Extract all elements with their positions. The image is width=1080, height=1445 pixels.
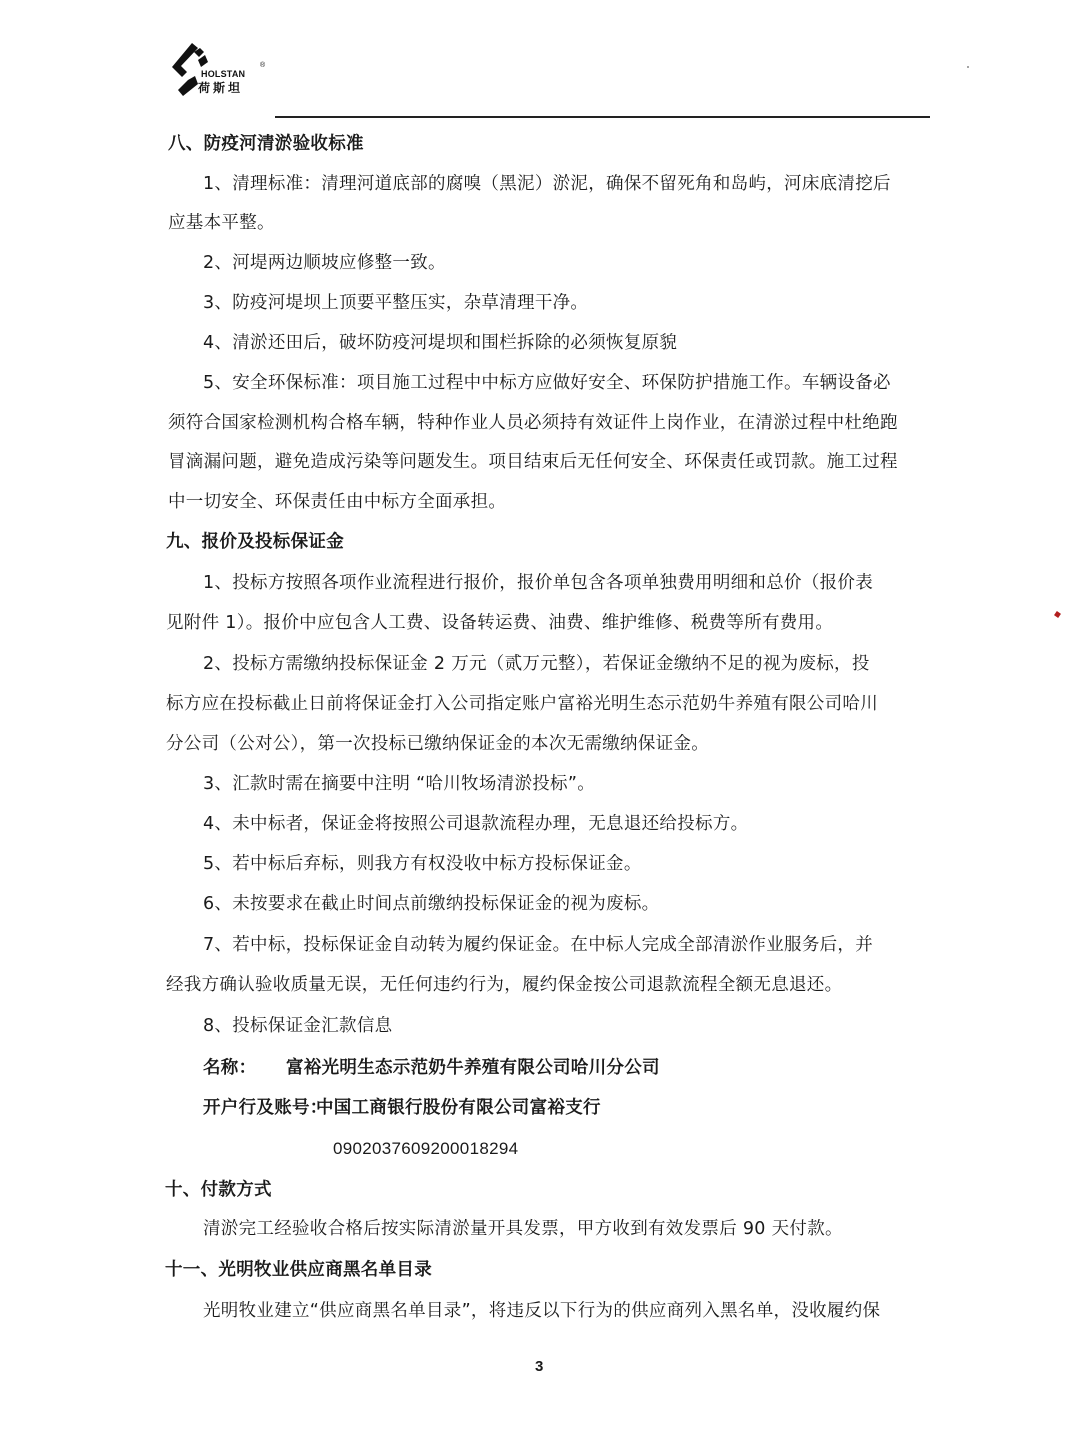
scan-speck <box>967 66 969 68</box>
paragraph-line: 8、投标保证金汇款信息 <box>203 1015 392 1037</box>
paragraph-line: 冒滴漏问题，避免造成污染等问题发生。项目结束后无任何安全、环保责任或罚款。施工过… <box>168 451 898 473</box>
paragraph-line: 光明牧业建立“供应商黑名单目录”，将违反以下行为的供应商列入黑名单，没收履约保 <box>203 1300 880 1322</box>
section-11-title: 十一、光明牧业供应商黑名单目录 <box>165 1259 432 1281</box>
red-ink-mark <box>1054 611 1061 618</box>
remit-name-label: 名称： <box>203 1057 256 1079</box>
paragraph-line: 5、安全环保标准：项目施工过程中中标方应做好安全、环保防护措施工作。车辆设备必 <box>203 372 891 394</box>
paragraph-line: 3、汇款时需在摘要中注明 “哈川牧场清淤投标”。 <box>203 773 595 795</box>
paragraph-line: 清淤完工经验收合格后按实际清淤量开具发票，甲方收到有效发票后 90 天付款。 <box>203 1218 843 1240</box>
remit-bank-value: 中国工商银行股份有限公司富裕支行 <box>316 1097 601 1119</box>
remit-name-value: 富裕光明生态示范奶牛养殖有限公司哈川分公司 <box>286 1057 660 1079</box>
account-number: 0902037609200018294 <box>333 1138 518 1160</box>
paragraph-line: 2、投标方需缴纳投标保证金 2 万元（贰万元整），若保证金缴纳不足的视为废标，投 <box>203 653 870 675</box>
paragraph-line: 4、未中标者，保证金将按照公司退款流程办理，无息退还给投标方。 <box>203 813 748 835</box>
section-9-title: 九、报价及投标保证金 <box>166 531 344 553</box>
company-logo: HOLSTAN ® 荷斯坦 <box>168 40 278 100</box>
paragraph-line: 须符合国家检测机构合格车辆，特种作业人员必须持有效证件上岗作业，在清淤过程中杜绝… <box>168 412 898 434</box>
paragraph-line: 1、清理标准：清理河道底部的腐嗅（黑泥）淤泥，确保不留死角和岛屿，河床底清挖后 <box>203 173 891 195</box>
paragraph-line: 6、未按要求在截止时间点前缴纳投标保证金的视为废标。 <box>203 893 659 915</box>
paragraph-line: 2、河堤两边顺坡应修整一致。 <box>203 252 446 274</box>
header-divider <box>275 116 930 118</box>
logo-english-text: HOLSTAN <box>201 69 245 79</box>
registered-mark: ® <box>260 62 265 69</box>
paragraph-line: 见附件 1）。报价中应包含人工费、设备转运费、油费、维护维修、税费等所有费用。 <box>166 612 833 634</box>
paragraph-line: 中一切安全、环保责任由中标方全面承担。 <box>168 491 506 513</box>
page-number: 3 <box>535 1358 543 1375</box>
paragraph-line: 5、若中标后弃标，则我方有权没收中标方投标保证金。 <box>203 853 642 875</box>
document-page: HOLSTAN ® 荷斯坦 八、防疫河清淤验收标准 1、清理标准：清理河道底部的… <box>0 0 1080 1445</box>
paragraph-line: 7、若中标，投标保证金自动转为履约保证金。在中标人完成全部清淤作业服务后，并 <box>203 934 873 956</box>
remit-bank-label: 开户行及账号： <box>203 1097 328 1119</box>
paragraph-line: 3、防疫河堤坝上顶要平整压实，杂草清理干净。 <box>203 292 588 314</box>
logo-chinese-text: 荷斯坦 <box>198 79 243 96</box>
paragraph-line: 4、清淤还田后，破坏防疫河堤坝和围栏拆除的必须恢复原貌 <box>203 332 677 354</box>
paragraph-line: 应基本平整。 <box>168 212 275 234</box>
section-10-title: 十、付款方式 <box>165 1179 272 1201</box>
paragraph-line: 1、投标方按照各项作业流程进行报价，报价单包含各项单独费用明细和总价（报价表 <box>203 572 873 594</box>
section-8-title: 八、防疫河清淤验收标准 <box>168 133 364 155</box>
paragraph-line: 标方应在投标截止日前将保证金打入公司指定账户富裕光明生态示范奶牛养殖有限公司哈川 <box>166 693 878 715</box>
paragraph-line: 分公司（公对公），第一次投标已缴纳保证金的本次无需缴纳保证金。 <box>166 733 709 755</box>
paragraph-line: 经我方确认验收质量无误，无任何违约行为，履约保金按公司退款流程全额无息退还。 <box>166 974 842 996</box>
